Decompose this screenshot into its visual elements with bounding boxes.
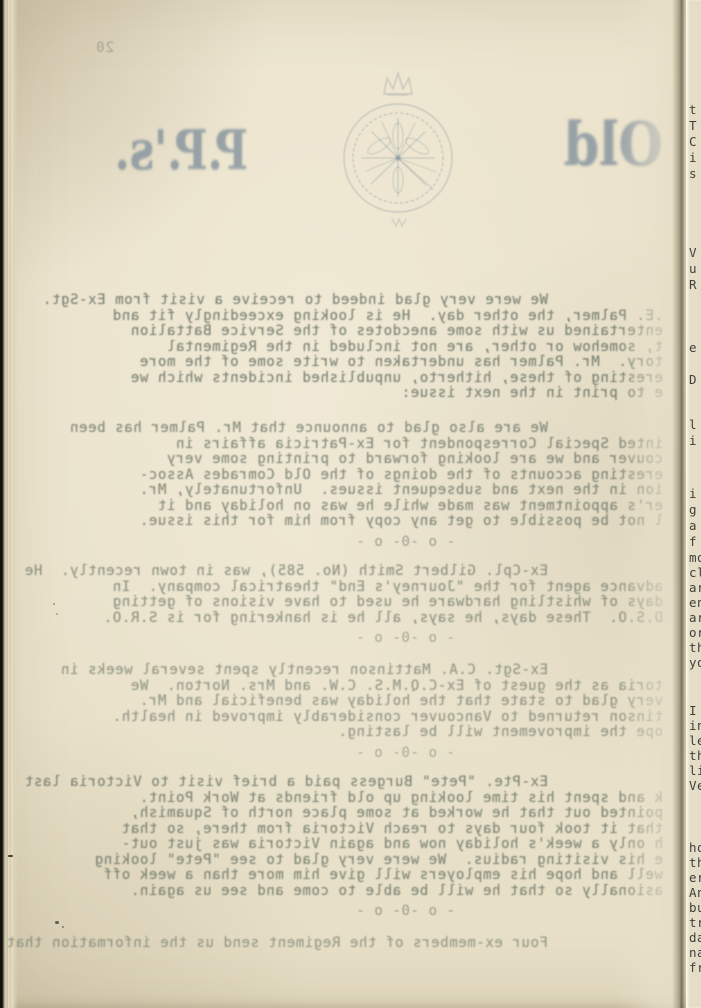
edge-text-fragment: le [689,734,701,747]
paragraph: We are also glad to announce that Mr. Pa… [23,421,663,550]
typewritten-line: eresting of these, hitherto, unpublished… [23,371,663,387]
typewritten-line: toria as the guest of Ex-C.Q.M.S. C.W. a… [23,679,663,695]
edge-text-fragment: li [689,764,701,777]
typewritten-line: ope the improvement will be lasting. [23,725,663,741]
scanned-page: 20 Old P.P.'s. We were very glad indeed … [0,0,701,1008]
section-divider: - o -0- o - [23,631,455,647]
edge-text-fragment: An [689,886,701,899]
paragraph: We were very glad indeed to receive a vi… [23,293,663,402]
stamp-base-mark-icon [392,219,406,226]
typewritten-line: e his visiting radius. We were very glad… [23,853,663,869]
edge-text-fragment: s [689,167,697,180]
edge-text-fragment: l [689,418,697,431]
section-divider: - o -0- o - [23,746,455,762]
typewritten-line: days of whistling hardware he used to ha… [23,595,663,611]
paragraph: Ex-Pte. "Pete" Burgess paid a brief visi… [23,775,663,920]
edge-text-fragment: R [689,278,697,291]
stamp-star-icon [362,118,436,196]
typewritten-line: inted Special Correspondent for Ex-Patri… [23,437,663,453]
typewritten-line: asionally so that he will be able to com… [23,884,663,900]
ink-speck [8,855,13,857]
typewritten-line: pointed out that he worked at some place… [23,806,663,822]
edge-text-fragment: bu [689,901,701,914]
edge-text-fragment: e [689,341,697,354]
edge-text-fragment: en [689,596,701,609]
gutter-fade-overlay [618,0,680,1008]
typewritten-line: eresting accounts of the doings of the O… [23,468,663,484]
typewritten-line: Four ex-members of the Regiment send us … [23,936,663,952]
edge-text-fragment: C [689,135,697,148]
typewritten-line: Ex-Cpl. Gilbert Smith (No. 585), was in … [23,564,663,580]
edge-text-fragment: mo [689,551,701,564]
edge-text-fragment: u [689,262,697,275]
edge-text-fragment: I [689,704,697,717]
paragraph: Ex-Cpl. Gilbert Smith (No. 585), was in … [23,564,663,647]
typewritten-line: very glad to state that the holiday was … [23,694,663,710]
edge-text-fragment: ho [689,841,701,854]
heading-word-pps: P.P.'s. [115,118,248,182]
typewritten-line: .E. Palmer, the other day. He is looking… [23,309,663,325]
edge-text-fragment: i [689,487,697,500]
edge-text-fragment: da [689,931,701,944]
edge-text-fragment: na [689,946,701,959]
edge-text-fragment: T [689,119,697,132]
edge-text-fragment: er [689,871,701,884]
edge-text-fragment: fr [689,961,701,974]
typewritten-line: Ex-Sgt. C.A. Mattinson recently spent se… [23,663,663,679]
edge-text-fragment: g [689,503,697,516]
typewritten-line: k and spent his time looking up old frie… [23,791,663,807]
typewritten-line: entertained us with some anecdotes of th… [23,324,663,340]
edge-text-fragment: th [689,856,701,869]
typewritten-line: h only a week's holiday now and again Vi… [23,837,663,853]
edge-text-fragment: a [689,519,697,532]
edge-text-fragment: cl [689,566,701,579]
typewritten-line: tinson returned to Vancouver considerabl… [23,710,663,726]
typewritten-line: tory. Mr. Palmer has undertaken to write… [23,355,663,371]
typewritten-line: advance agent for the "Journey's End" th… [23,580,663,596]
edge-text-fragment: or [689,626,701,639]
typewritten-line: well and hope his employers will give hi… [23,868,663,884]
edge-text-fragment: i [689,434,697,447]
ink-speck [53,603,55,605]
edge-text-fragment: t [689,103,697,116]
page-number: 20 [95,40,114,56]
section-divider: - o -0- o - [23,535,455,551]
typewritten-line: We are also glad to announce that Mr. Pa… [23,421,663,437]
typewritten-line: ion in the next and subsequent issues. U… [23,483,663,499]
faded-circular-ink-stamp [338,64,458,236]
edge-text-fragment: yo [689,656,701,669]
ink-speck [62,926,64,928]
typewritten-line: l not be possible to get any copy from h… [23,514,663,530]
edge-text-fragment: th [689,749,701,762]
edge-text-fragment: D [689,373,697,386]
edge-text-fragment: ar [689,581,701,594]
typewritten-line: er's appointment was made while he was o… [23,499,663,515]
edge-text-fragment: tr [689,916,701,929]
typewritten-line: couver and we are looking forward to pri… [23,452,663,468]
paragraph: Four ex-members of the Regiment send us … [23,936,663,952]
edge-text-fragment: in [689,719,701,732]
ink-speck [55,921,59,924]
section-divider: - o -0- o - [23,904,455,920]
edge-text-fragment: f [689,535,697,548]
typewritten-line: that it took four days to reach Victoria… [23,822,663,838]
typewritten-line: D.S.O. These days, he says, all he is ha… [23,611,663,627]
typewritten-line: Ex-Pte. "Pete" Burgess paid a brief visi… [23,775,663,791]
next-page-edge: tTCisVuReDliigafmoclarenarorthyoIinlethl… [686,0,701,1008]
ink-speck [56,613,58,615]
edge-text-fragment: Ve [689,779,701,792]
edge-text-fragment: th [689,641,701,654]
edge-text-fragment: ar [689,611,701,624]
typewritten-line: t, somehow or other, are not included in… [23,340,663,356]
edge-text-fragment: V [689,246,697,259]
edge-text-fragment: i [689,151,697,164]
stamp-crown-icon [384,73,412,94]
typewritten-line: We were very glad indeed to receive a vi… [23,293,663,309]
typewritten-line: e to print in the next issue: [23,386,663,402]
paragraph: Ex-Sgt. C.A. Mattinson recently spent se… [23,663,663,761]
